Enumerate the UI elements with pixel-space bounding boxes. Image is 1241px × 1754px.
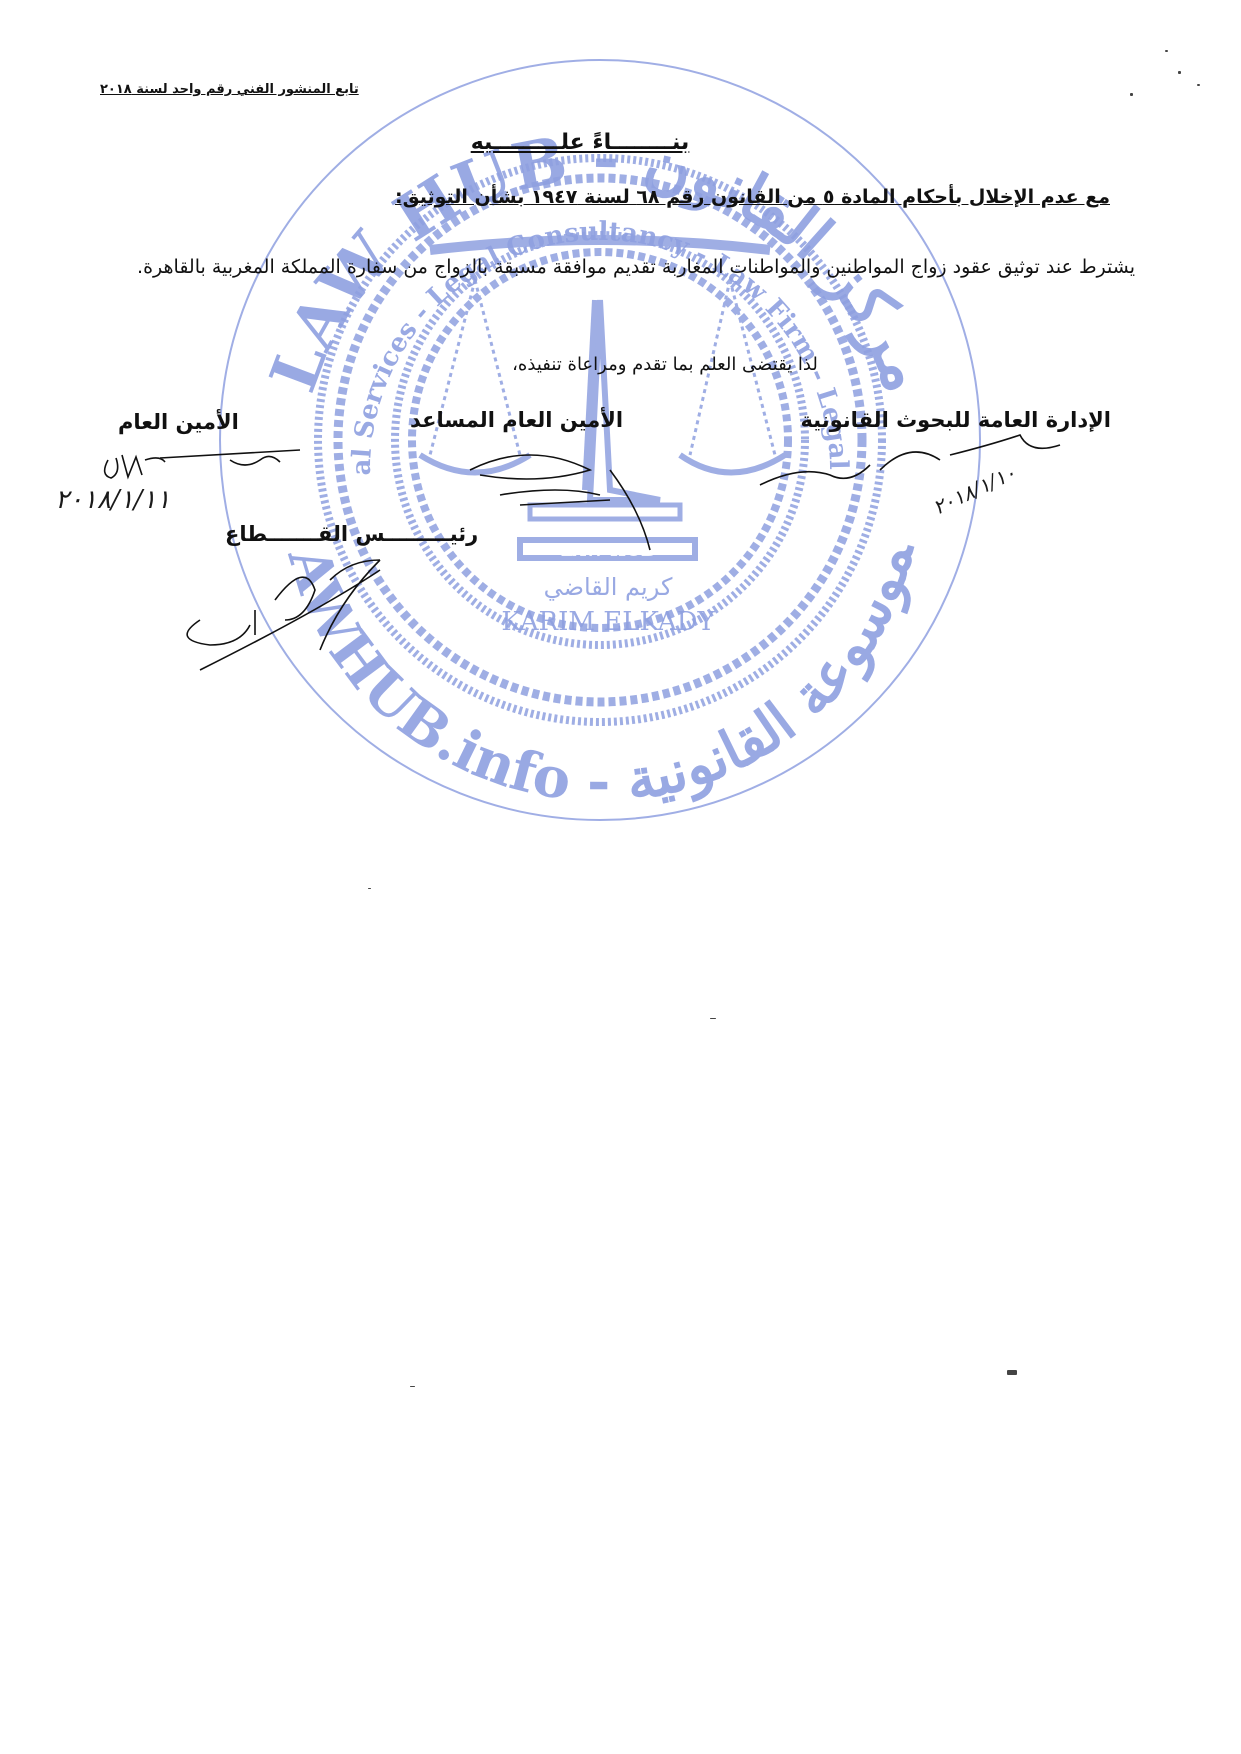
scan-speck — [710, 1018, 716, 1019]
scan-speck — [1007, 1370, 1017, 1375]
scan-speck — [1130, 93, 1133, 96]
handwritten-signatures — [0, 0, 1241, 760]
scan-speck — [368, 888, 371, 889]
scan-speck — [1197, 84, 1200, 86]
scan-speck — [410, 1386, 415, 1387]
scan-speck — [1165, 50, 1168, 52]
scan-speck — [1178, 71, 1181, 74]
